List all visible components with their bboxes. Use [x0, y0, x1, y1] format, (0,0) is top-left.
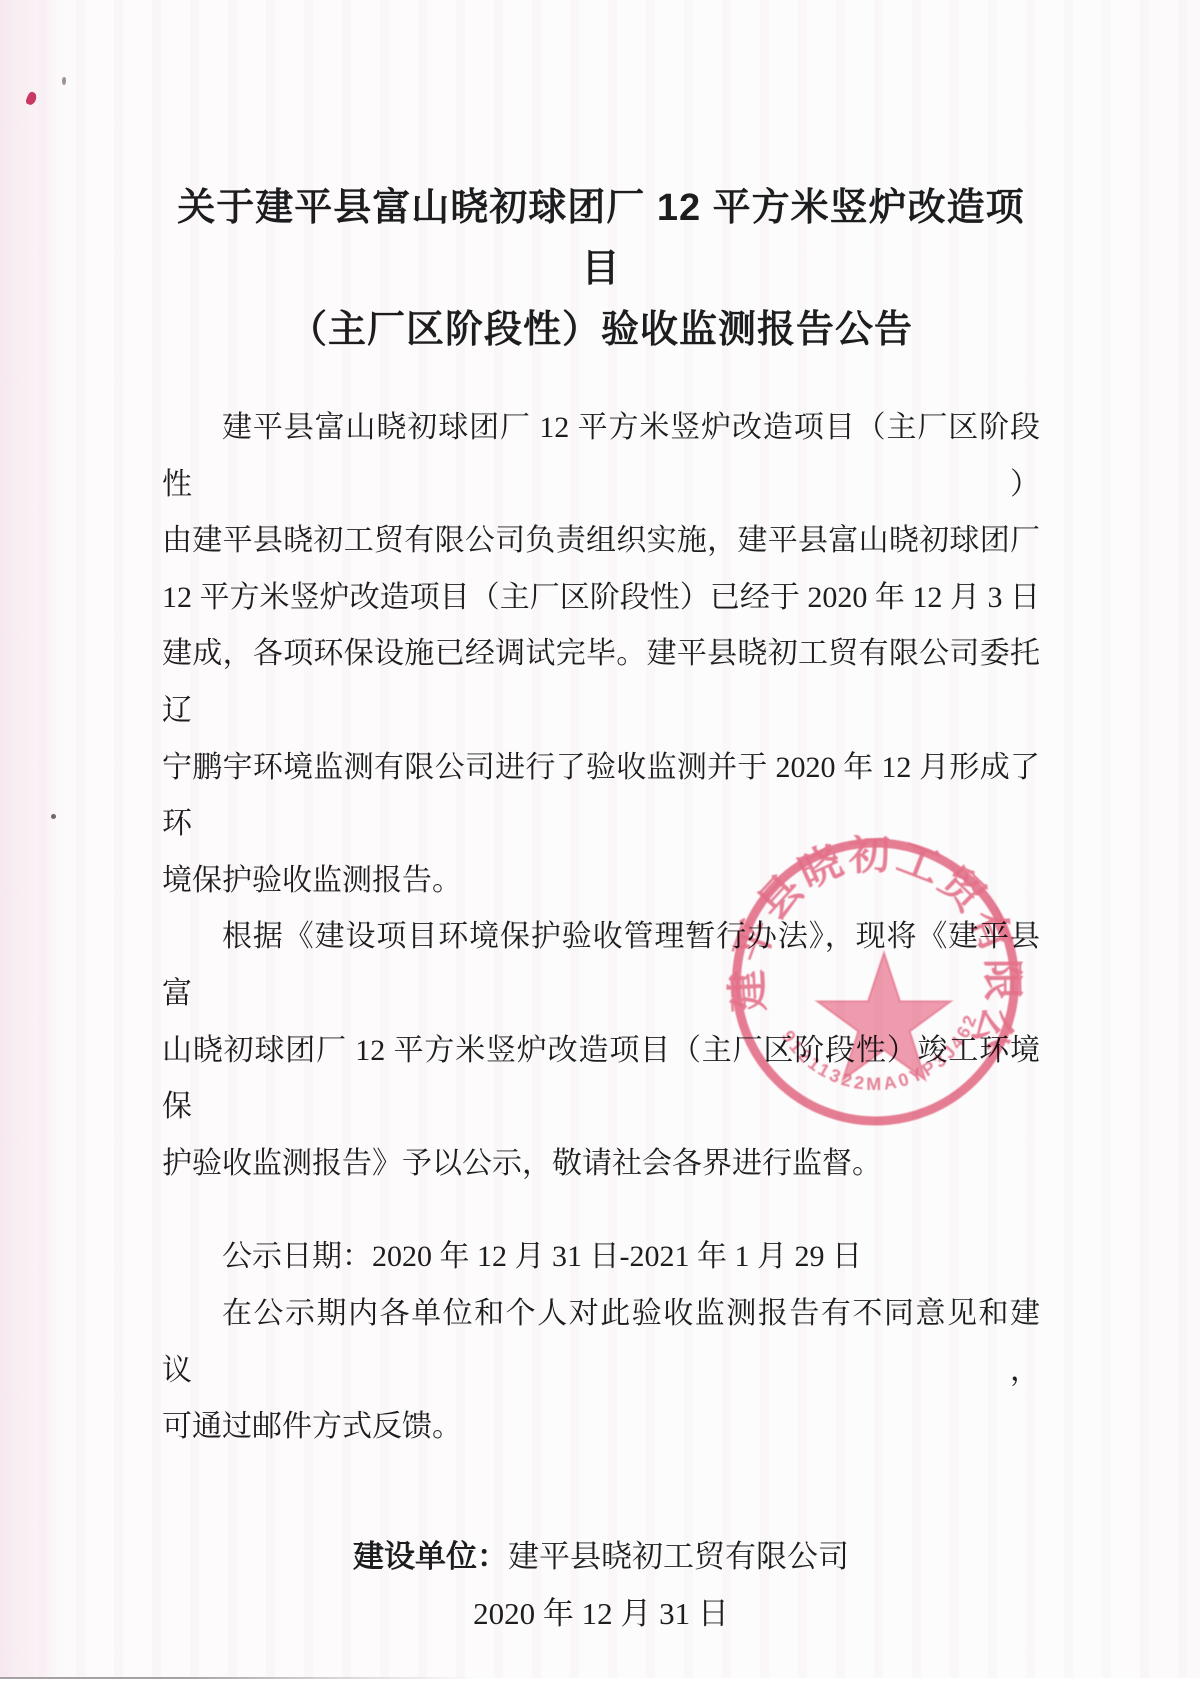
scan-artifact-dot	[51, 814, 56, 819]
scan-artifact-speck	[62, 77, 66, 85]
publicity-date-text: 公示日期：2020 年 12 月 31 日-2021 年 1 月 29 日	[162, 1229, 1040, 1286]
notice-title-line2: （主厂区阶段性）验收监测报告公告	[162, 300, 1040, 361]
footer-unit-line: 建设单位：建平县晓初工贸有限公司	[162, 1528, 1040, 1585]
scan-edge-tint	[0, 0, 56, 1678]
publicity-date-line: 公示日期：2020 年 12 月 31 日-2021 年 1 月 29 日	[162, 1229, 1040, 1286]
paragraph-1-line: 建成，各项环保设施已经调试完毕。建平县晓初工贸有限公司委托辽	[162, 626, 1040, 739]
paragraph-1-line: 建平县富山晓初球团厂 12 平方米竖炉改造项目（主厂区阶段性）	[162, 400, 1040, 513]
paragraph-1: 建平县富山晓初球团厂 12 平方米竖炉改造项目（主厂区阶段性） 由建平县晓初工贸…	[162, 400, 1040, 909]
footer-block: 建设单位：建平县晓初工贸有限公司 2020 年 12 月 31 日	[162, 1528, 1040, 1642]
paragraph-4-line: 在公示期内各单位和个人对此验收监测报告有不同意见和建议，	[162, 1286, 1040, 1399]
paragraph-4-line: 可通过邮件方式反馈。	[162, 1399, 1040, 1456]
paragraph-4: 在公示期内各单位和个人对此验收监测报告有不同意见和建议， 可通过邮件方式反馈。	[162, 1286, 1040, 1456]
notice-title: 关于建平县富山晓初球团厂 12 平方米竖炉改造项目 （主厂区阶段性）验收监测报告…	[162, 178, 1040, 361]
footer-date: 2020 年 12 月 31 日	[162, 1585, 1040, 1642]
page-bottom-edge	[0, 1677, 480, 1679]
footer-unit-name: 建平县晓初工贸有限公司	[508, 1539, 849, 1574]
scanned-page: 关于建平县富山晓初球团厂 12 平方米竖炉改造项目 （主厂区阶段性）验收监测报告…	[0, 0, 1200, 1678]
paragraph-2-line: 护验收监测报告》予以公示，敬请社会各界进行监督。	[162, 1136, 1040, 1193]
company-seal: 建平县晓初工贸有限公司 91211322MA0YP3J462	[726, 835, 1028, 1137]
paragraph-1-line: 12 平方米竖炉改造项目（主厂区阶段性）已经于 2020 年 12 月 3 日	[162, 570, 1040, 627]
paragraph-1-line: 由建平县晓初工贸有限公司负责组织实施，建平县富山晓初球团厂	[162, 513, 1040, 570]
footer-unit-label: 建设单位：	[353, 1539, 508, 1574]
notice-title-line1: 关于建平县富山晓初球团厂 12 平方米竖炉改造项目	[162, 178, 1040, 300]
notice-content: 关于建平县富山晓初球团厂 12 平方米竖炉改造项目 （主厂区阶段性）验收监测报告…	[162, 0, 1040, 1642]
